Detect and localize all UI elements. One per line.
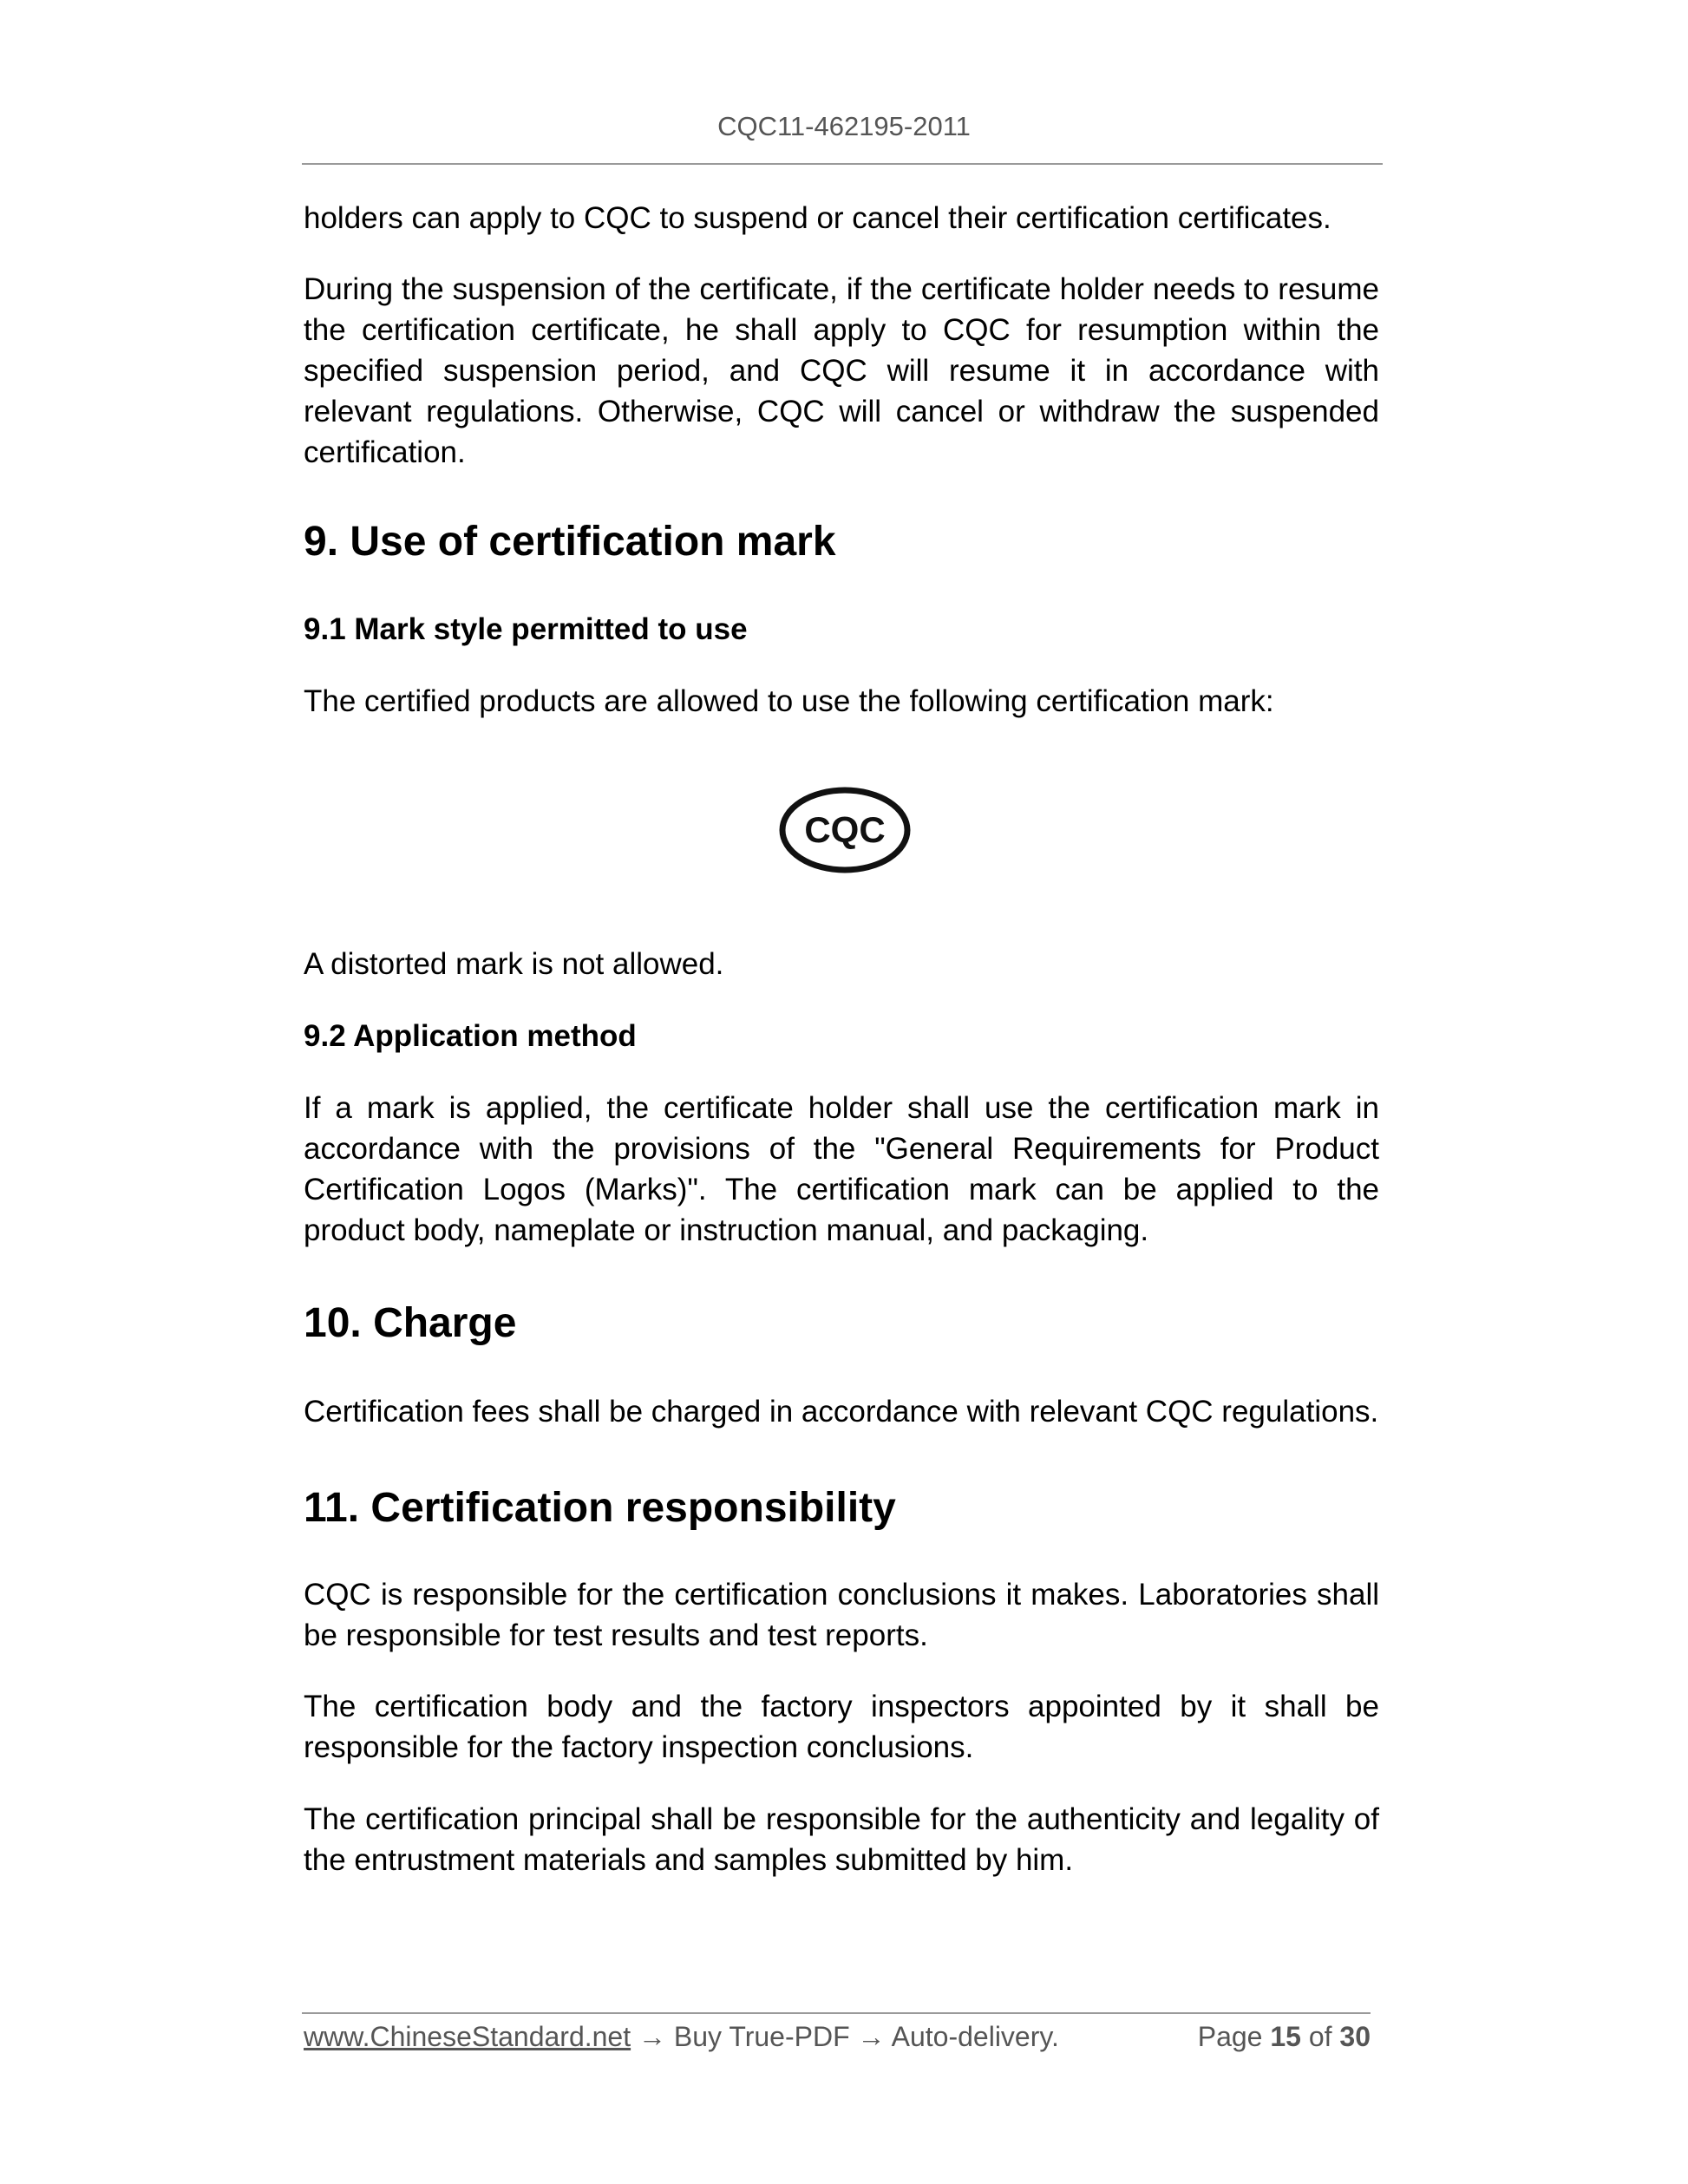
paragraph-suspension: During the suspension of the certificate… [304,269,1379,473]
section-9-2-heading: 9.2 Application method [304,1016,1379,1056]
section-10-text: Certification fees shall be charged in a… [304,1391,1397,1432]
page-label: Page [1198,2021,1263,2052]
cqc-mark-text: CQC [804,809,885,850]
paragraph-continued: holders can apply to CQC to suspend or c… [304,198,1379,239]
page-indicator: Page 15 of 30 [1198,2021,1371,2053]
section-9-1-heading: 9.1 Mark style permitted to use [304,609,1379,650]
section-9-2-text: If a mark is applied, the certificate ho… [304,1088,1379,1251]
page-total: 30 [1339,2021,1371,2052]
buy-text: Buy True-PDF [674,2021,850,2052]
section-9-1-text: The certified products are allowed to us… [304,681,1379,722]
section-11-paragraph-2: The certification body and the factory i… [304,1686,1379,1768]
document-id-header: CQC11-462195-2011 [0,111,1688,142]
cqc-certification-mark-icon: CQC [779,787,911,873]
page-current: 15 [1270,2021,1301,2052]
arrow-right-icon: → [638,2021,666,2052]
section-9-heading: 9. Use of certification mark [304,516,1379,568]
section-11-heading: 11. Certification responsibility [304,1482,1379,1534]
section-11-paragraph-3: The certification principal shall be res… [304,1799,1379,1880]
header-rule [302,163,1383,165]
site-link[interactable]: www.ChineseStandard.net [304,2021,631,2052]
distorted-note: A distorted mark is not allowed. [304,944,1379,984]
section-10-heading: 10. Charge [304,1298,1379,1350]
footer-rule [302,2012,1371,2014]
section-11-paragraph-1: CQC is responsible for the certification… [304,1574,1379,1656]
page-of: of [1309,2021,1332,2052]
arrow-right-icon: → [858,2021,886,2052]
delivery-text: Auto-delivery. [892,2021,1059,2052]
page-footer: www.ChineseStandard.net → Buy True-PDF →… [304,2021,1371,2053]
